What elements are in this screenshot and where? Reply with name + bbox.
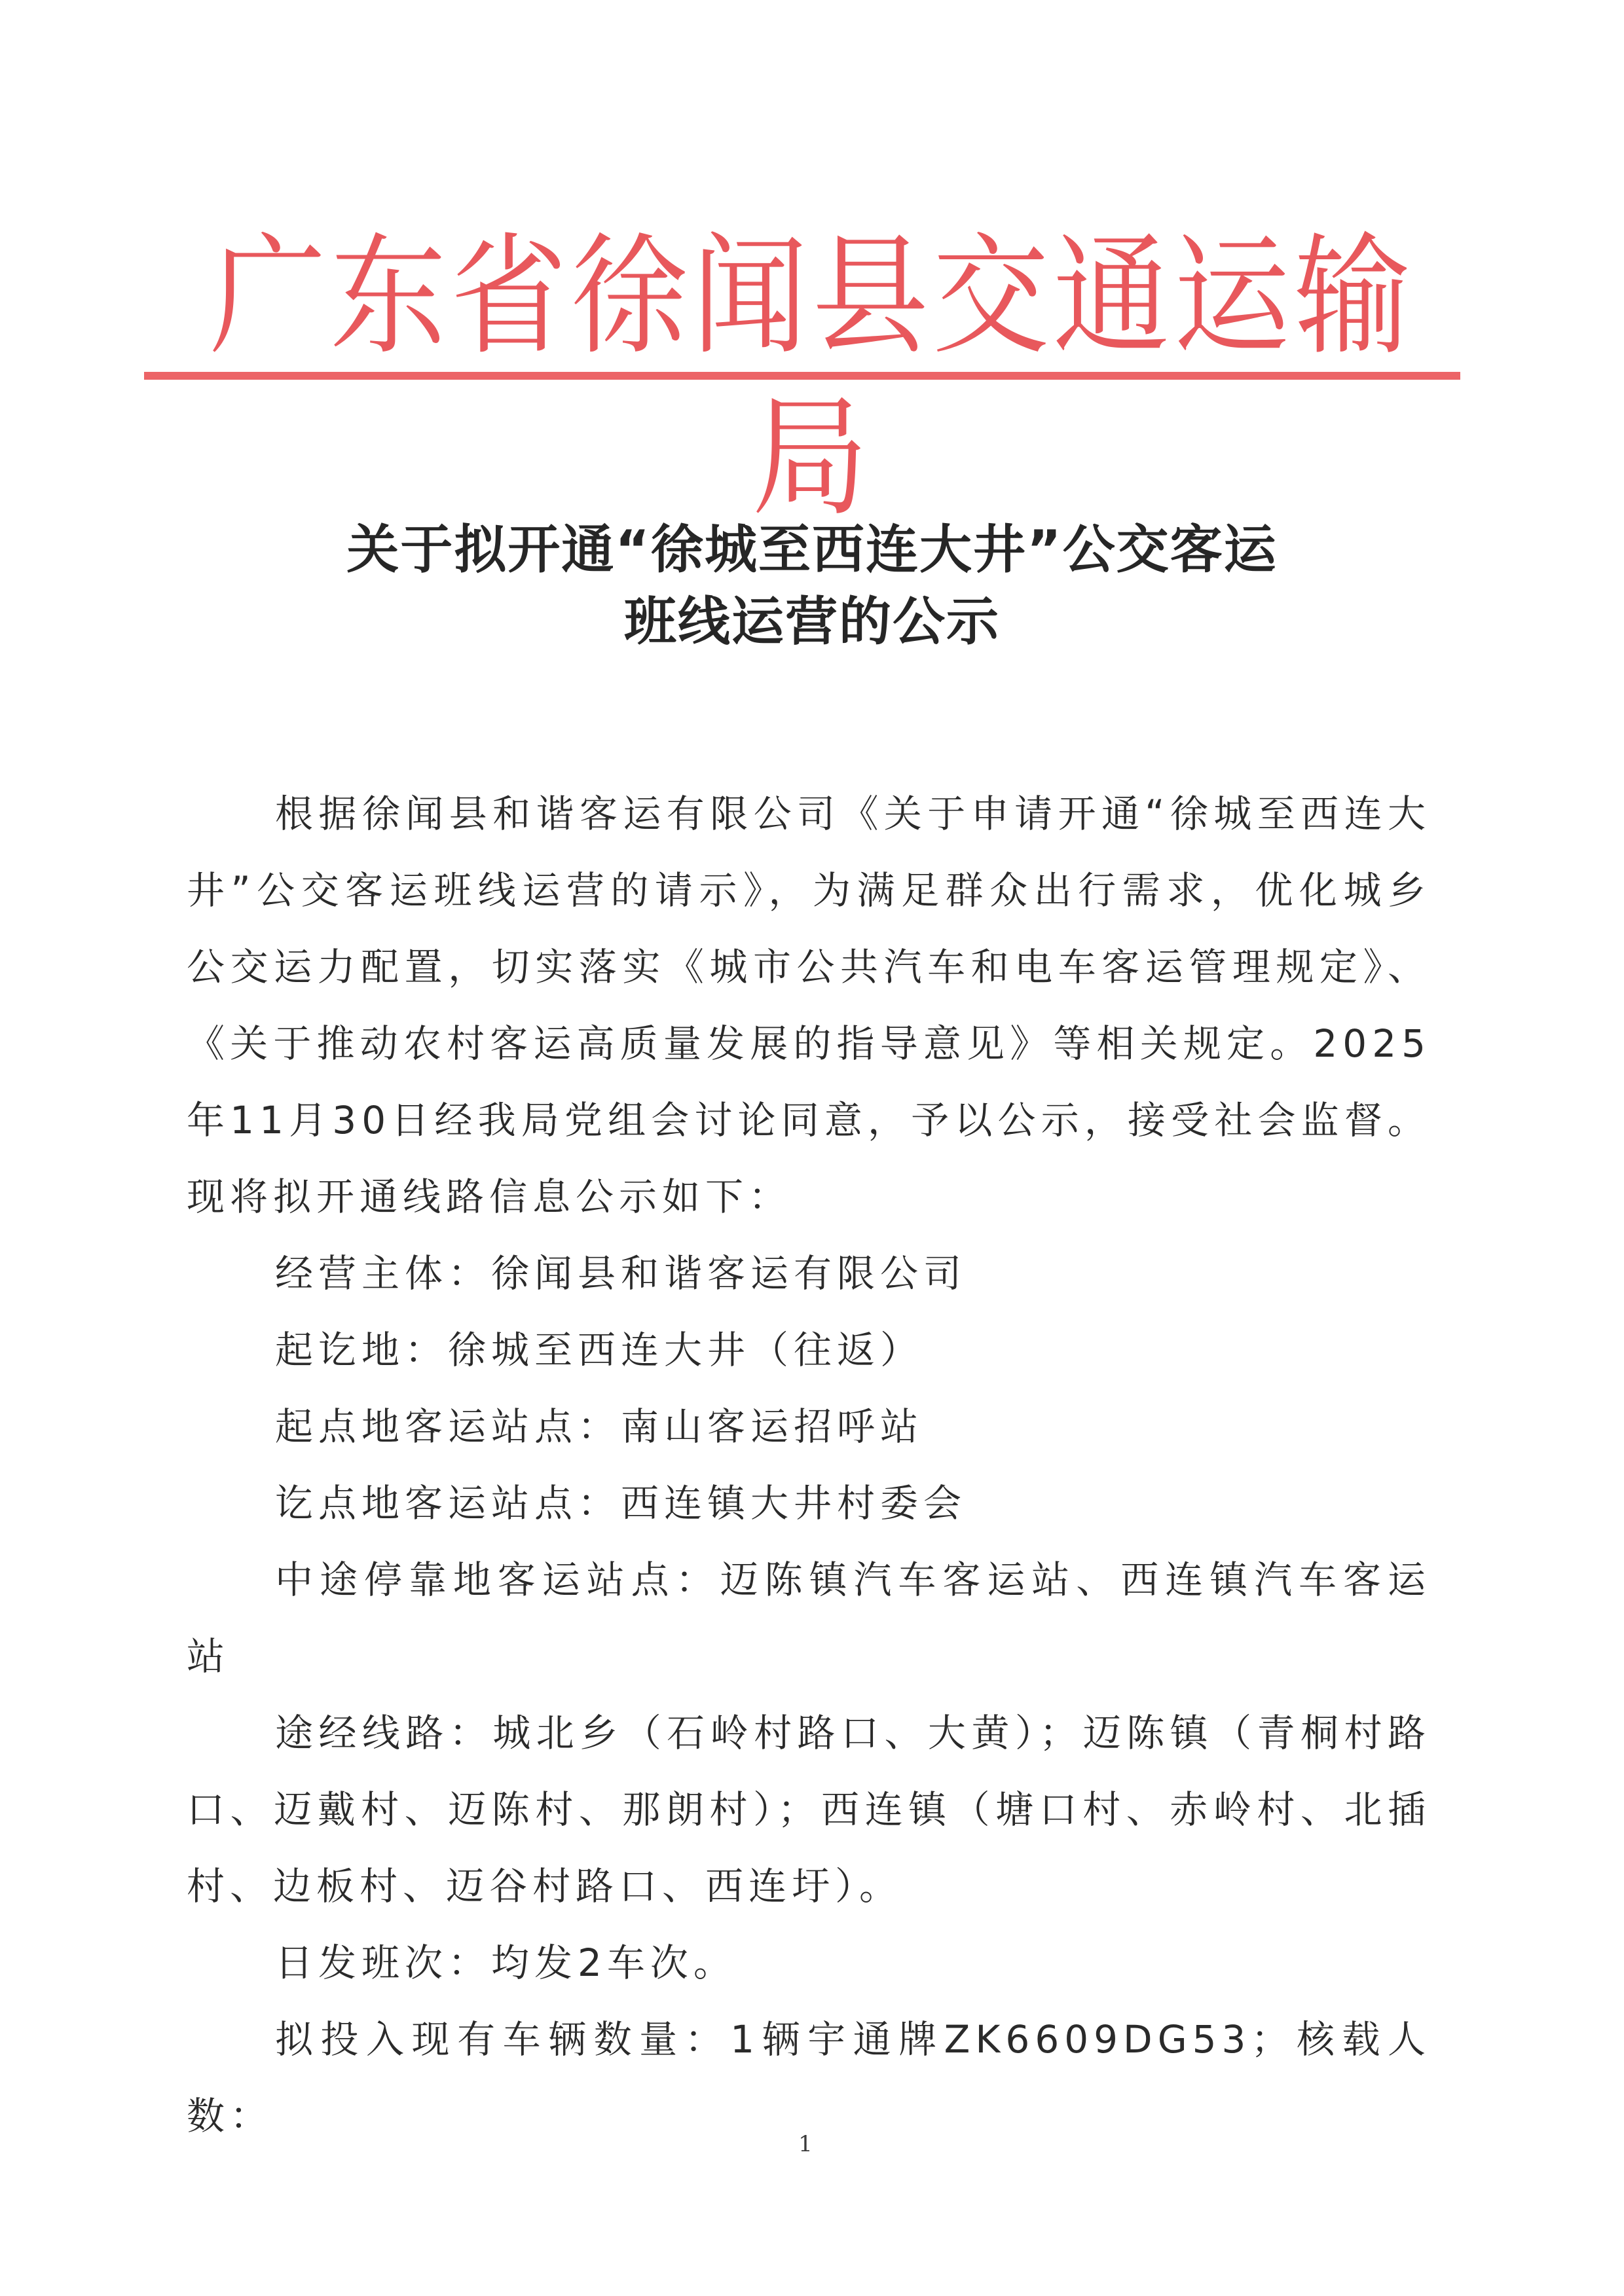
info-label: 中途停靠地客运站点： — [275, 1558, 720, 1602]
info-item-origin-station: 起点地客运站点：南山客运招呼站 — [187, 1389, 1431, 1465]
info-label: 日发班次： — [275, 1941, 491, 1985]
info-value: 西连镇大井村委会 — [621, 1481, 967, 1525]
info-item-route: 途经线路：城北乡（石岭村路口、大黄）；迈陈镇（青桐村路口、迈戴村、迈陈村、那朗村… — [187, 1695, 1431, 1925]
document-body: 根据徐闻县和谐客运有限公司《关于申请开通“徐城至西连大井”公交客运班线运营的请示… — [187, 776, 1431, 2155]
info-label: 拟投入现有车辆数量： — [275, 2017, 730, 2062]
document-title-line-1: 关于拟开通“徐城至西连大井”公交客运 — [131, 517, 1493, 583]
info-label: 讫点地客运站点： — [275, 1481, 621, 1525]
info-value: 南山客运招呼站 — [621, 1404, 923, 1449]
info-label: 起点地客运站点： — [275, 1404, 621, 1449]
info-item-origin-destination: 起讫地：徐城至西连大井（往返） — [187, 1312, 1431, 1389]
letterhead-divider — [144, 372, 1460, 380]
info-label: 途经线路： — [275, 1711, 492, 1755]
info-item-daily-trips: 日发班次：均发2车次。 — [187, 1925, 1431, 2001]
info-value: 徐闻县和谐客运有限公司 — [491, 1251, 967, 1296]
page-number: 1 — [786, 2131, 825, 2157]
info-item-operator: 经营主体：徐闻县和谐客运有限公司 — [187, 1235, 1431, 1312]
info-value: 均发2车次。 — [491, 1941, 737, 1985]
info-value: 徐城至西连大井（往返） — [448, 1328, 923, 1372]
intro-paragraph: 根据徐闻县和谐客运有限公司《关于申请开通“徐城至西连大井”公交客运班线运营的请示… — [187, 776, 1431, 1235]
info-item-intermediate-stops: 中途停靠地客运站点：迈陈镇汽车客运站、西连镇汽车客运站 — [187, 1542, 1431, 1695]
info-label: 经营主体： — [275, 1251, 491, 1296]
document-title-line-2: 班线运营的公示 — [131, 589, 1493, 655]
info-item-terminal-station: 讫点地客运站点：西连镇大井村委会 — [187, 1465, 1431, 1542]
info-label: 起讫地： — [275, 1328, 448, 1372]
